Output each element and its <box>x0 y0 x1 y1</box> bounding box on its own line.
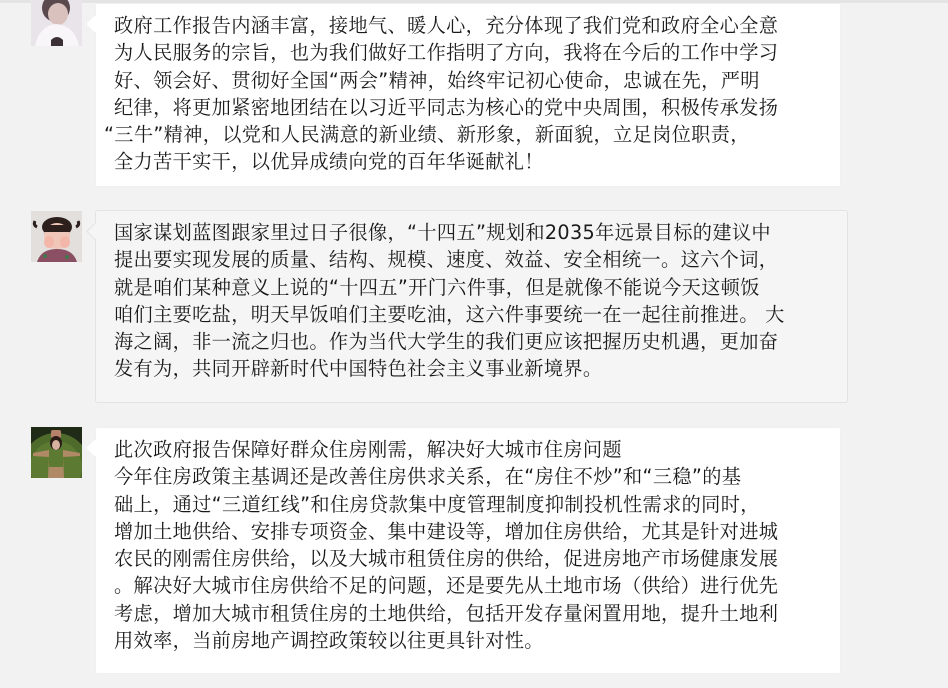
avatar[interactable] <box>31 427 82 478</box>
avatar-girl-white-shirt-icon <box>31 0 82 46</box>
message-line: 此次政府报告保障好群众住房刚需，解决好大城市住房问题 <box>114 436 826 463</box>
message-bubble[interactable]: 政府工作报告内涵丰富，接地气、暖人心，充分体现了我们党和政府全心全意 为人民服务… <box>95 3 841 187</box>
message-line: 增加土地供给、安排专项资金、集中建设等，增加住房供给，尤其是针对进城 <box>114 518 826 545</box>
avatar-child-pigtails-icon <box>31 211 82 262</box>
message-line: 就是咱们某种意义上说的“十四五”开门六件事，但是就像不能说今天这顿饭 <box>114 274 833 301</box>
message-line: 今年住房政策主基调还是改善住房供求关系，在“房住不炒”和“三稳”的基 <box>114 463 826 490</box>
message-bubble[interactable]: 国家谋划蓝图跟家里过日子很像，“十四五”规划和2035年远景目标的建议中 提出要… <box>95 210 848 403</box>
message-line: 为人民服务的宗旨，也为我们做好工作指明了方向，我将在今后的工作中学习 <box>114 39 826 66</box>
message-line: 农民的刚需住房供给，以及大城市租赁住房的供给，促进房地产市场健康发展 <box>114 545 826 572</box>
avatar[interactable] <box>31 211 82 262</box>
message-line: 用效率，当前房地产调控政策较以往更具针对性。 <box>114 627 826 654</box>
bubble-tail <box>86 222 104 240</box>
message-line: 好、领会好、贯彻好全国“两会”精神，始终牢记初心使命，忠诚在先，严明 <box>114 67 826 94</box>
message-line: 考虑，增加大城市租赁住房的土地供给，包括开发存量闲置用地，提升土地利 <box>114 600 826 627</box>
message-line: 咱们主要吃盐，明天早饭咱们主要吃油，这六件事要统一在一起往前推进。 大 <box>114 301 833 328</box>
message-line: 础上，通过“三道红线”和住房贷款集中度管理制度抑制投机性需求的同时， <box>114 491 826 518</box>
bubble-tail <box>87 16 104 33</box>
message-bubble[interactable]: 此次政府报告保障好群众住房刚需，解决好大城市住房问题 今年住房政策主基调还是改善… <box>95 427 841 674</box>
avatar-woman-on-grass-icon <box>31 427 82 478</box>
avatar[interactable] <box>31 0 82 46</box>
message-line: 。解决好大城市住房供给不足的问题，还是要先从土地市场（供给）进行优先 <box>114 572 826 599</box>
message-line: 发有为，共同开辟新时代中国特色社会主义事业新境界。 <box>114 355 833 382</box>
bubble-tail <box>87 440 104 457</box>
message-line: “三牛”精神，以党和人民满意的新业绩、新形象，新面貌，立足岗位职责， <box>104 121 826 148</box>
message-line: 全力苦干实干，以优异成绩向党的百年华诞献礼！ <box>114 148 826 175</box>
message-line: 国家谋划蓝图跟家里过日子很像，“十四五”规划和2035年远景目标的建议中 <box>114 219 833 246</box>
message-line: 政府工作报告内涵丰富，接地气、暖人心，充分体现了我们党和政府全心全意 <box>114 12 826 39</box>
message-line: 提出要实现发展的质量、结构、规模、速度、效益、安全相统一。这六个词， <box>114 246 833 273</box>
message-line: 纪律，将更加紧密地团结在以习近平同志为核心的党中央周围，积极传承发扬 <box>114 94 826 121</box>
message-line: 海之阔，非一流之归也。作为当代大学生的我们更应该把握历史机遇，更加奋 <box>114 328 833 355</box>
